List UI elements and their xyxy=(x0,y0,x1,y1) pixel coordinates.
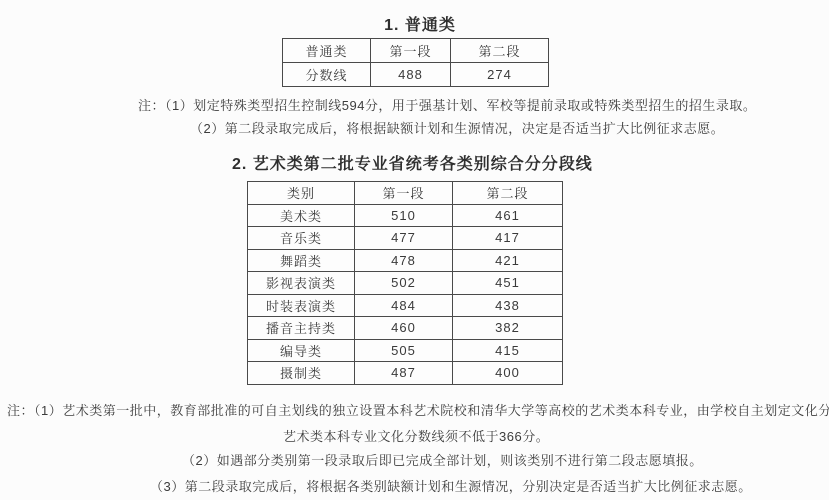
cell-category: 时装表演类 xyxy=(248,294,355,317)
section1-note-2: （2）第二段录取完成后，将根据缺额计划和生源情况，决定是否适当扩大比例征求志愿。 xyxy=(190,118,724,137)
header-cell-segment1: 第一段 xyxy=(355,182,453,205)
cell-segment2-score: 438 xyxy=(453,294,563,317)
section1-note-1: 注：（1）划定特殊类型招生控制线594分，用于强基计划、军校等提前录取或特殊类型… xyxy=(138,95,756,114)
section2-note-2: （2）如遇部分类别第一段录取后即已完成全部计划，则该类别不进行第二段志愿填报。 xyxy=(182,450,703,469)
document-page: 1. 普通类 普通类 第一段 第二段 分数线 488 274 注：（1）划定特殊… xyxy=(0,0,829,500)
table-row: 音乐类 477 417 xyxy=(248,227,563,250)
header-cell-segment2: 第二段 xyxy=(451,39,549,63)
cell-row-label: 分数线 xyxy=(283,63,371,87)
cell-category: 播音主持类 xyxy=(248,317,355,340)
cell-category: 美术类 xyxy=(248,204,355,227)
cell-segment2-score: 382 xyxy=(453,317,563,340)
art-category-table: 类别 第一段 第二段 美术类 510 461 音乐类 477 417 舞蹈类 4… xyxy=(247,181,563,385)
table-row: 类别 第一段 第二段 xyxy=(248,182,563,205)
cell-segment2-score: 451 xyxy=(453,272,563,295)
cell-segment1-score: 488 xyxy=(371,63,451,87)
cell-segment2-score: 400 xyxy=(453,362,563,385)
cell-segment2-score: 274 xyxy=(451,63,549,87)
table-row: 美术类 510 461 xyxy=(248,204,563,227)
section1-title: 1. 普通类 xyxy=(0,12,829,35)
cell-segment2-score: 417 xyxy=(453,227,563,250)
table-row: 编导类 505 415 xyxy=(248,339,563,362)
cell-segment1-score: 510 xyxy=(355,204,453,227)
section2-note-1-continued: 艺术类本科专业文化分数线须不低于366分。 xyxy=(283,426,549,445)
header-cell-segment2: 第二段 xyxy=(453,182,563,205)
cell-segment1-score: 502 xyxy=(355,272,453,295)
header-cell-category: 普通类 xyxy=(283,39,371,63)
cell-segment2-score: 415 xyxy=(453,339,563,362)
table-row: 摄制类 487 400 xyxy=(248,362,563,385)
section2-note-1: 注：（1）艺术类第一批中，教育部批准的可自主划线的独立设置本科艺术院校和清华大学… xyxy=(7,400,829,419)
cell-segment1-score: 460 xyxy=(355,317,453,340)
table-row: 分数线 488 274 xyxy=(283,63,549,87)
header-cell-segment1: 第一段 xyxy=(371,39,451,63)
cell-category: 编导类 xyxy=(248,339,355,362)
cell-segment1-score: 505 xyxy=(355,339,453,362)
cell-segment1-score: 478 xyxy=(355,249,453,272)
table-row: 时装表演类 484 438 xyxy=(248,294,563,317)
section2-note-3: （3）第二段录取完成后，将根据各类别缺额计划和生源情况，分别决定是否适当扩大比例… xyxy=(150,476,752,495)
cell-segment2-score: 461 xyxy=(453,204,563,227)
cell-category: 影视表演类 xyxy=(248,272,355,295)
regular-category-table: 普通类 第一段 第二段 分数线 488 274 xyxy=(282,38,549,87)
header-cell-category: 类别 xyxy=(248,182,355,205)
cell-category: 摄制类 xyxy=(248,362,355,385)
cell-segment1-score: 487 xyxy=(355,362,453,385)
cell-category: 舞蹈类 xyxy=(248,249,355,272)
cell-segment1-score: 477 xyxy=(355,227,453,250)
section2-title: 2. 艺术类第二批专业省统考各类别综合分分段线 xyxy=(232,151,593,174)
cell-segment2-score: 421 xyxy=(453,249,563,272)
cell-segment1-score: 484 xyxy=(355,294,453,317)
cell-category: 音乐类 xyxy=(248,227,355,250)
table-row: 普通类 第一段 第二段 xyxy=(283,39,549,63)
table-row: 播音主持类 460 382 xyxy=(248,317,563,340)
table-row: 舞蹈类 478 421 xyxy=(248,249,563,272)
table-row: 影视表演类 502 451 xyxy=(248,272,563,295)
